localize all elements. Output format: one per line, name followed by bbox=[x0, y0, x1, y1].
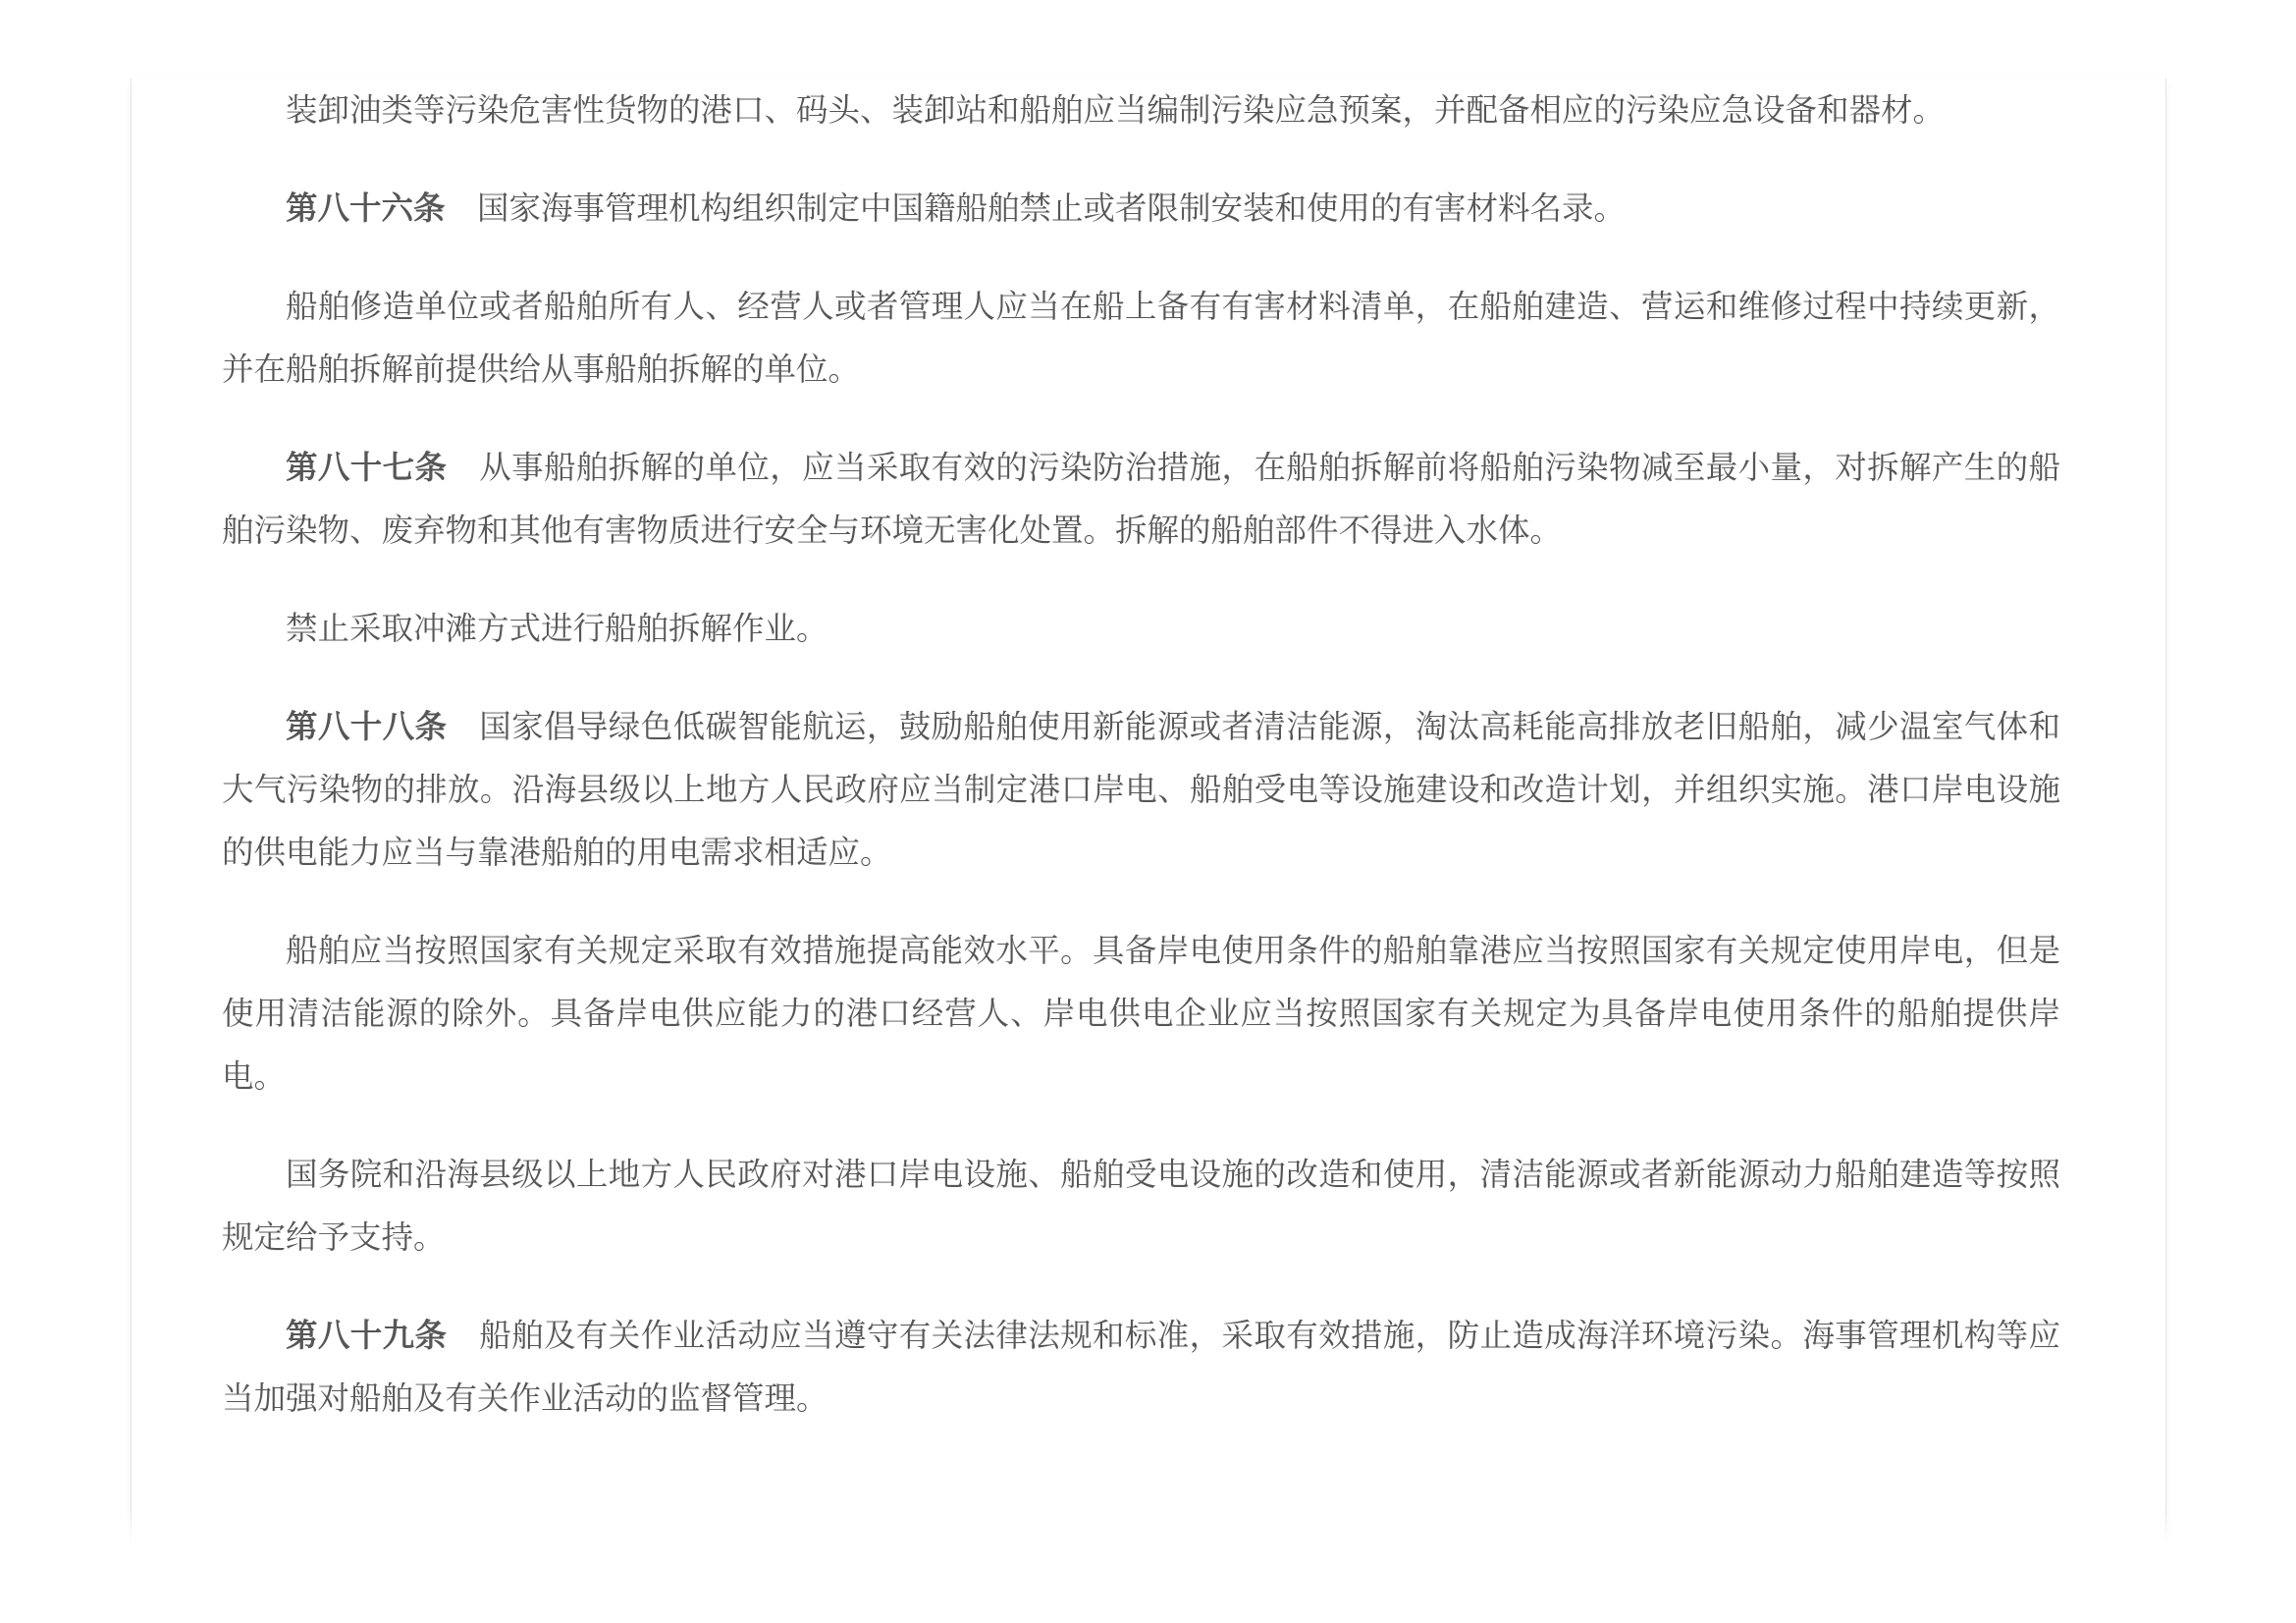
article-number: 第八十六条 bbox=[286, 190, 446, 226]
document-viewer: 装卸油类等污染危害性货物的港口、码头、装卸站和船舶应当编制污染应急预案，并配备相… bbox=[0, 0, 2296, 1623]
paragraph-text: 国务院和沿海县级以上地方人民政府对港口岸电设施、船舶受电设施的改造和使用，清洁能… bbox=[222, 1157, 2060, 1255]
article-number: 第八十七条 bbox=[286, 450, 447, 485]
legal-paragraph: 第八十六条 国家海事管理机构组织制定中国籍船舶禁止或者限制安装和使用的有害材料名… bbox=[222, 177, 2060, 240]
paragraph-text: 国家海事管理机构组织制定中国籍船舶禁止或者限制安装和使用的有害材料名录。 bbox=[477, 190, 1626, 226]
legal-paragraph: 国务院和沿海县级以上地方人民政府对港口岸电设施、船舶受电设施的改造和使用，清洁能… bbox=[222, 1143, 2060, 1269]
paragraph-text: 船舶及有关作业活动应当遵守有关法律法规和标准，采取有效措施，防止造成海洋环境污染… bbox=[222, 1318, 2060, 1416]
legal-paragraph: 禁止采取冲滩方式进行船舶拆解作业。 bbox=[222, 597, 2060, 660]
legal-paragraph: 船舶修造单位或者船舶所有人、经营人或者管理人应当在船上备有有害材料清单，在船舶建… bbox=[222, 275, 2060, 401]
paragraph-text: 船舶修造单位或者船舶所有人、经营人或者管理人应当在船上备有有害材料清单，在船舶建… bbox=[222, 289, 2060, 387]
paragraph-text: 国家倡导绿色低碳智能航运，鼓励船舶使用新能源或者清洁能源，淘汰高耗能高排放老旧船… bbox=[222, 709, 2060, 870]
document-page: 装卸油类等污染危害性货物的港口、码头、装卸站和船舶应当编制污染应急预案，并配备相… bbox=[131, 79, 2166, 1546]
paragraph-text: 从事船舶拆解的单位，应当采取有效的污染防治措施，在船舶拆解前将船舶污染物减至最小… bbox=[222, 450, 2060, 548]
legal-paragraph: 装卸油类等污染危害性货物的港口、码头、装卸站和船舶应当编制污染应急预案，并配备相… bbox=[222, 79, 2060, 141]
article-number: 第八十八条 bbox=[286, 709, 447, 744]
legal-paragraph: 第八十八条 国家倡导绿色低碳智能航运，鼓励船舶使用新能源或者清洁能源，淘汰高耗能… bbox=[222, 695, 2060, 884]
document-body: 装卸油类等污染危害性货物的港口、码头、装卸站和船舶应当编制污染应急预案，并配备相… bbox=[132, 79, 2165, 1430]
legal-paragraph: 第八十七条 从事船舶拆解的单位，应当采取有效的污染防治措施，在船舶拆解前将船舶污… bbox=[222, 436, 2060, 562]
legal-paragraph: 第八十九条 船舶及有关作业活动应当遵守有关法律法规和标准，采取有效措施，防止造成… bbox=[222, 1304, 2060, 1430]
article-number: 第八十九条 bbox=[286, 1318, 447, 1353]
paragraph-text: 装卸油类等污染危害性货物的港口、码头、装卸站和船舶应当编制污染应急预案，并配备相… bbox=[286, 92, 1945, 128]
paragraph-text: 禁止采取冲滩方式进行船舶拆解作业。 bbox=[286, 611, 828, 646]
paragraph-text: 船舶应当按照国家有关规定采取有效措施提高能效水平。具备岸电使用条件的船舶靠港应当… bbox=[222, 933, 2060, 1094]
legal-paragraph: 船舶应当按照国家有关规定采取有效措施提高能效水平。具备岸电使用条件的船舶靠港应当… bbox=[222, 919, 2060, 1108]
